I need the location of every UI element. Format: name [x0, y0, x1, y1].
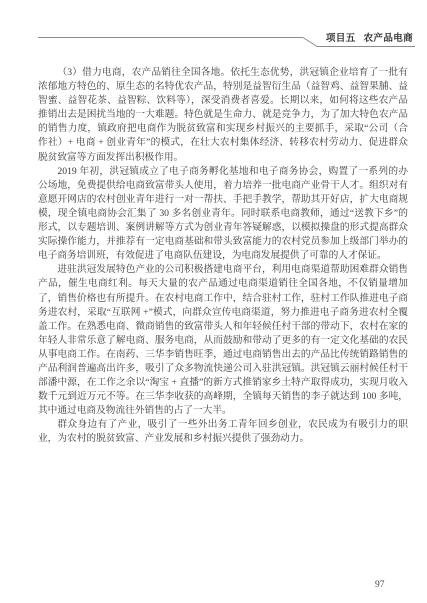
body-text: （3）借力电商，农产品销往全国各地。依托生态优势，洪冠镇企业培育了一批有浓郁地方… — [38, 66, 408, 447]
paragraph-4: 群众身边有了产业，吸引了一些外出务工青年回乡创业，农民成为有吸引力的职业，为农村… — [38, 418, 408, 446]
book-page: 项目五农产品电商 （3）借力电商，农产品销往全国各地。依托生态优势，洪冠镇企业培… — [0, 0, 427, 603]
chapter-title: 农产品电商 — [364, 33, 413, 44]
page-number: 97 — [375, 579, 385, 591]
paragraph-3: 进驻洪冠发展特色产业的公司积极搭建电商平台，利用电商渠道帮助困难群众销售产品，催… — [38, 263, 408, 418]
paragraph-1: （3）借力电商，农产品销往全国各地。依托生态优势，洪冠镇企业培育了一批有浓郁地方… — [38, 66, 408, 165]
paragraph-2: 2019 年初，洪冠镇成立了电子商务孵化基地和电子商务协会，购置了一系列的办公场… — [38, 165, 408, 264]
chapter-label: 项目五 — [326, 33, 356, 44]
running-head: 项目五农产品电商 — [326, 33, 413, 45]
header-rule — [0, 0, 427, 60]
